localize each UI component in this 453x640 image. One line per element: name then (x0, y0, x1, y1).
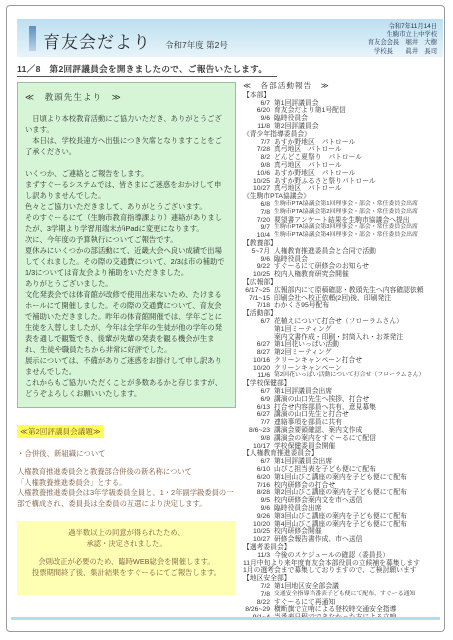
report-date: 8/22 (243, 599, 274, 607)
report-date: 8/26~29 (243, 606, 274, 614)
report-row: 7/8交通安全指導当番表子ども便にて配布、すぐーる通知 (243, 591, 442, 599)
report-date: 7/7 (243, 419, 274, 427)
title-accent-bar-icon (29, 26, 36, 51)
report-text: 講演会の案内をすぐーるにて配信 (274, 435, 376, 443)
report-date: 10/20 (243, 365, 274, 373)
report-text: すぐーるにて研修会のお知らせ (274, 263, 369, 271)
report-date: 9/7 (243, 224, 274, 232)
report-date: 9/5 (243, 497, 274, 505)
report-row: 9/5校内研修会案内文を市へ送信 (243, 497, 442, 505)
report-row: 8/2どんどこ夏祭り パトロール (243, 154, 442, 162)
report-text: 第1回評議員会出席 (274, 388, 332, 396)
report-text: 校内研修会案内文を市へ送信 (274, 497, 362, 505)
report-date: 8/2 (243, 154, 274, 162)
report-row: 第1回ミーティング (243, 326, 442, 334)
report-text: 連絡事項を部員に共有 (274, 419, 342, 427)
report-text: 講演の山口先生へ挨拶、打合せ (274, 396, 369, 404)
report-row: 6/7第1回評議員会出席 (243, 388, 442, 396)
report-row: 10/27真弓地区 パトロール (243, 185, 442, 193)
report-date: 6/7 (243, 458, 274, 466)
report-row: 5~7月人権教育推進委員会と合同で活動 (243, 248, 442, 256)
agenda-topic: ・合併後、新組織について (17, 448, 236, 459)
report-text: 第1回山びこ講座の案内を子ども便にて配布 (274, 474, 407, 482)
report-date: 7/16 (243, 482, 274, 490)
report-row: 9/8講演会の案内をすぐーるにて配信 (243, 435, 442, 443)
report-row: 10/25あすか野ふるさと祭りパトロール (243, 178, 442, 186)
report-text: 今後のスケジュールの確認（委員長） (274, 552, 389, 560)
newsletter-edition: 令和7年度 第2号 (165, 41, 228, 50)
report-row: 10/20第4回山びこ講座の案内を子ども便にて配布 (243, 521, 442, 529)
decision-box: 過半数以上の同意が得られたため、 承認・決定されました。 会則改正が必要のため、… (17, 521, 236, 594)
report-date: 5~7月 (243, 248, 274, 256)
agenda-body: 人権教育推進委員会と教養部合併後の新名称について 「人権教養推進委員会」とする。… (17, 467, 236, 509)
report-row: 9/7生駒市PTA協議会第3回理事会・部会・常任委員会出席 (243, 224, 442, 232)
report-date: 6/10 (243, 466, 274, 474)
report-row: 6/20第1回山びこ講座の案内を子ども便にて配布 (243, 474, 442, 482)
report-text: 生駒市PTA協議会第3回理事会・部会・常任委員会出席 (274, 224, 418, 232)
principal: 学校長 眞井 長司 (368, 48, 437, 56)
report-row: 9/22すぐーるにて研修会のお知らせ (243, 263, 442, 271)
report-date: 10/27 (243, 536, 274, 544)
report-text: 研修会報告書作成、市へ送信 (274, 536, 362, 544)
newsletter-page: 育友会だより 令和7年度 第2号 令和7年11月14日 生駒市立上中学校 育友会… (6, 5, 445, 632)
report-section-title: 【地区安全部】 (243, 575, 442, 583)
report-text: 生駒市PTA協議会第2回理事会・部会・常任委員会出席 (274, 209, 418, 217)
report-row: 6/7第1回評議員会出席 (243, 458, 442, 466)
report-text: 臨時役員会 (274, 115, 308, 123)
headline: 11／8 第2回評議員会を開きましたので、ご報告いたします。 (17, 63, 277, 77)
report-row: 8/27第2回ミーティング (243, 349, 442, 357)
report-text: 真弓地区 パトロール (274, 146, 342, 154)
report-row: 7/2第1回地区安全部会議 (243, 583, 442, 591)
report-row: 6/27第1回花いっぱい活動 (243, 341, 442, 349)
report-date: 10/20 (243, 521, 274, 529)
report-text: 第1回ミーティング (274, 326, 331, 334)
report-section-title: 【人権教育推進委員会】 (243, 450, 442, 458)
report-heading: ≪ 各部活動報告 ≫ (243, 82, 442, 90)
report-date: 8/6~23 (243, 427, 274, 435)
report-date (243, 326, 274, 334)
report-row: 8/6~23講演会要領確認、案内文作成 (243, 427, 442, 435)
newsletter-title: 育友会だより (43, 34, 151, 51)
report-date: 8/28 (243, 489, 274, 497)
report-row: 7/7あすか野地区 パトロール (243, 139, 442, 147)
report-date (243, 334, 274, 342)
report-date: 9/8 (243, 435, 274, 443)
report-date: 6/20 (243, 474, 274, 482)
agenda-section: ≪第2回評議員会議題≫ ・合併後、新組織について 人権教育推進委員会と教養部合併… (17, 421, 236, 595)
report-row: 11/3今後のスケジュールの確認（委員長） (243, 552, 442, 560)
report-section-title: 【学校保健部】 (243, 380, 442, 388)
report-text: 真弓地区 パトロール (274, 185, 342, 193)
report-text: どんどこ夏祭り パトロール (274, 154, 362, 162)
vice-principal-message-box: ≪ 教頭先生より ≫ 日頃より本校教育活動にご協力いただき、ありがとうございます… (17, 82, 236, 408)
report-date: 9/26 (243, 513, 274, 521)
report-text: 第1回評議員会出席 (274, 458, 332, 466)
header-band: 育友会だより 令和7年度 第2号 令和7年11月14日 生駒市立上中学校 育友会… (17, 19, 443, 57)
report-text: あすか野地区 パトロール (274, 170, 355, 178)
report-row: 6/17~25広報部内にて原稿確認・教頭先生へ内容確認依頼 (243, 287, 442, 295)
report-date: 10/16 (243, 357, 274, 365)
masthead-info: 令和7年11月14日 生駒市立上中学校 育友会会長 堀井 大樹 学校長 眞井 長… (368, 23, 437, 56)
report-section-title: 【活動部】 (243, 310, 442, 318)
report-date: 10/25 (243, 271, 274, 279)
report-row: 6/9講演の山口先生へ挨拶、打合せ (243, 396, 442, 404)
report-row: 7/28真弓地区 パトロール (243, 146, 442, 154)
report-row: 11/8第2回評議員会 (243, 123, 442, 131)
report-date: 10/25 (243, 178, 274, 186)
report-text: わかくさ95号配布 (274, 302, 329, 310)
report-text: 臨時役員会出席 (274, 505, 322, 513)
report-section-title: 《生駒市PTA協議会》 (243, 193, 442, 201)
report-row: 6/8生駒市PTA協議会第1回理事会・部会・常任委員会出席 (243, 201, 442, 209)
report-date: 9/22 (243, 263, 274, 271)
report-date: 11/8 (243, 123, 274, 131)
message-heading: ≪ 教頭先生より ≫ (25, 91, 228, 103)
report-row: 6/10山びこ担当表を子ども便にて配布 (243, 466, 442, 474)
report-text: 第1回地区安全部会議 (274, 583, 339, 591)
report-date: 6/27 (243, 341, 274, 349)
report-row: 10/25校内人権教育研究会開催 (243, 271, 442, 279)
report-date: 6/20 (243, 107, 274, 115)
report-row: 10/27研修会報告書作成、市へ送信 (243, 536, 442, 544)
report-row: 7/1~15印刷会社へ校正依頼(2回)後、印刷発注 (243, 295, 442, 303)
report-date: 7/8 (243, 591, 274, 599)
report-text: 山びこ担当表を子ども便にて配布 (274, 466, 376, 474)
report-date: 11/3 (243, 552, 274, 560)
report-section-title: 【教養部】 (243, 240, 442, 248)
report-date: 9/8 (243, 162, 274, 170)
report-date: 6/9 (243, 396, 274, 404)
report-row: 7/18わかくさ95号配布 (243, 302, 442, 310)
issued-date: 令和7年11月14日 (368, 23, 437, 31)
report-row: 7/7連絡事項を部員に共有 (243, 419, 442, 427)
report-text: 第1回花いっぱい活動 (274, 341, 339, 349)
report-text: 真弓地区 パトロール (274, 162, 342, 170)
report-section-title: 【本部】 (243, 92, 442, 100)
left-column: ≪ 教頭先生より ≫ 日頃より本校教育活動にご協力いただき、ありがとうございます… (17, 82, 236, 595)
report-row: 9/8真弓地区 パトロール (243, 162, 442, 170)
report-date: 9/6 (243, 115, 274, 123)
report-section-title: 【選考委員会】 (243, 544, 442, 552)
report-row: 9/26第3回山びこ講座の案内を子ども便にて配布 (243, 513, 442, 521)
report-text: 生駒市PTA協議会第1回理事会・部会・常任委員会出席 (274, 201, 418, 209)
report-date: 6/7 (243, 318, 274, 326)
report-text: 第2回評議員会 (274, 123, 319, 131)
report-text: 花植えについて打合せ（フローラムさん） (274, 318, 403, 326)
report-date: 6/7 (243, 100, 274, 108)
report-text: 人権教育推進委員会と合同で活動 (274, 248, 376, 256)
report-row: 6/27講演の山口先生と打合せ (243, 411, 442, 419)
title-row: 育友会だより 令和7年度 第2号 (29, 26, 228, 51)
report-date: 9/6 (243, 256, 274, 264)
pta-president: 育友会会長 堀井 大樹 (368, 39, 437, 47)
report-date: 6/7 (243, 388, 274, 396)
report-text: 第2回花いっぱい活動について打合せ（フローラムさん） (274, 372, 424, 380)
report-section-title: 【広報部】 (243, 279, 442, 287)
report-row: 10/16クリーンキャンペーン打合せ (243, 357, 442, 365)
report-date: 7/8 (243, 209, 274, 217)
report-row: 案内文書作成・印刷・封筒入れ・お茶発注 (243, 334, 442, 342)
report-row: 10/4生駒市PTA協議会第4回理事会・部会・常任委員会出席 (243, 232, 442, 240)
report-date: 7/20 (243, 217, 274, 225)
report-date: 10/6 (243, 170, 274, 178)
report-text: 第2回ミーティング (274, 349, 331, 357)
report-row: 6/7花植えについて打合せ（フローラムさん） (243, 318, 442, 326)
report-row: 9/6臨時役員会出席 (243, 505, 442, 513)
report-date: 7/18 (243, 302, 274, 310)
report-date: 7/28 (243, 146, 274, 154)
report-date: 6/17~25 (243, 287, 274, 295)
report-date: 10/25 (243, 528, 274, 536)
bottom-divider (11, 617, 440, 620)
report-row: 10/6あすか野地区 パトロール (243, 170, 442, 178)
report-date: 7/2 (243, 583, 274, 591)
decision-text: 過半数以上の同意が得られたため、 承認・決定されました。 (22, 528, 231, 550)
report-date: 9/6 (243, 505, 274, 513)
report-date: 6/27 (243, 411, 274, 419)
report-date: 10/27 (243, 185, 274, 193)
report-date: 6/8 (243, 201, 274, 209)
report-row: 9/6臨時役員会 (243, 115, 442, 123)
report-sections: 【本部】6/7第1回評議員会6/20育友会だより第1号配信9/6臨時役員会11/… (243, 92, 442, 622)
report-text: 生駒市PTA協議会第4回理事会・部会・常任委員会出席 (274, 232, 418, 240)
report-text: クリーンキャンペーン打合せ (274, 357, 362, 365)
activity-report-column: ≪ 各部活動報告 ≫ 【本部】6/7第1回評議員会6/20育友会だより第1号配信… (243, 82, 442, 622)
report-date: 7/7 (243, 139, 274, 147)
report-section-title: 《青少年指導委員会》 (243, 131, 442, 139)
agenda-heading: ≪第2回評議員会議題≫ (17, 425, 104, 438)
report-text: 講演会要領確認、案内文作成 (274, 427, 362, 435)
report-text: 交通安全指導当番表子ども便にて配布、すぐーる通知 (274, 591, 415, 599)
followup-text: 会則改正が必要のため、臨時WEB総会を開催します。 投票期間終了後、集計結果をす… (22, 557, 231, 579)
report-date: 8/27 (243, 349, 274, 357)
report-text: 校内人権教育研究会開催 (274, 271, 349, 279)
report-date: 6/13 (243, 404, 274, 412)
report-date: 7/1~15 (243, 295, 274, 303)
report-text: 広報部内にて原稿確認・教頭先生へ内容確認依頼 (274, 287, 424, 295)
report-date: 10/4 (243, 232, 274, 240)
report-text: 第3回山びこ講座の案内を子ども便にて配布 (274, 513, 407, 521)
report-row: 6/20育友会だより第1号配信 (243, 107, 442, 115)
content-columns: ≪ 教頭先生より ≫ 日頃より本校教育活動にご協力いただき、ありがとうございます… (17, 82, 442, 622)
report-row: 7/8生駒市PTA協議会第2回理事会・部会・常任委員会出席 (243, 209, 442, 217)
message-body: 日頃より本校教育活動にご協力いただき、ありがとうございます。 本日は、学校長遠方… (25, 113, 228, 399)
